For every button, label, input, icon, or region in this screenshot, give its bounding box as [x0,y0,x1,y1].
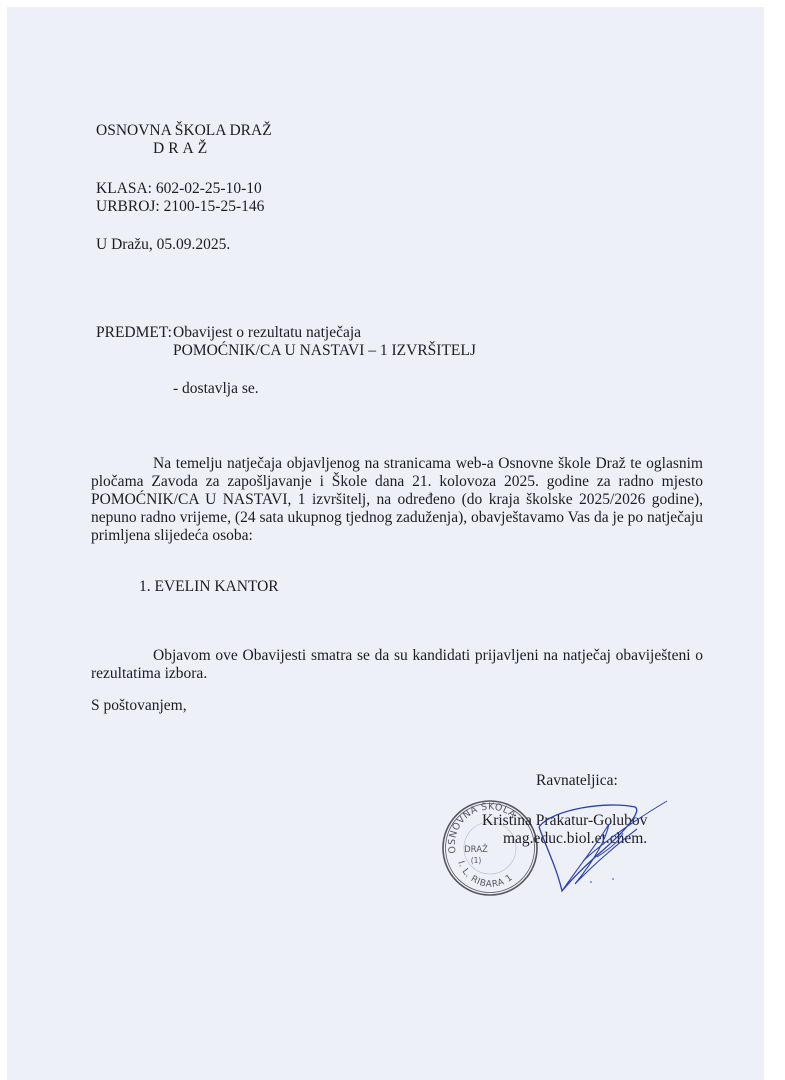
document-page: OSNOVNA ŠKOLA DRAŽ DRAŽ KLASA: 602-02-25… [7,7,764,1080]
urbroj-number: URBROJ: 2100-15-25-146 [96,198,264,216]
handwritten-signature-icon [527,789,677,899]
selected-candidate: 1. EVELIN KANTOR [139,578,279,596]
body-paragraph: Na temelju natječaja objavljenog na stra… [91,455,703,545]
signer-title: Ravnateljica: [536,772,618,790]
school-name: OSNOVNA ŠKOLA DRAŽ [96,122,272,140]
regards: S poštovanjem, [91,697,187,715]
subject-note: - dostavlja se. [173,380,259,398]
place-date: U Dražu, 05.09.2025. [96,236,230,254]
subject-label: PREDMET: [96,324,172,342]
subject-position: POMOĆNIK/CA U NASTAVI – 1 IZVRŠITELJ [173,342,476,360]
subject-title: Obavijest o rezultatu natječaja [173,324,361,342]
school-place: DRAŽ [153,140,211,158]
stamp-center-text: DRAŽ [464,843,488,855]
svg-text:I. L. RIBARA 1: I. L. RIBARA 1 [455,860,515,890]
stamp-number: (1) [471,856,482,865]
stamp-bottom-text: I. L. RIBARA 1 [455,860,515,890]
closing-paragraph: Objavom ove Obavijesti smatra se da su k… [91,647,703,683]
klasa-number: KLASA: 602-02-25-10-10 [96,180,262,198]
